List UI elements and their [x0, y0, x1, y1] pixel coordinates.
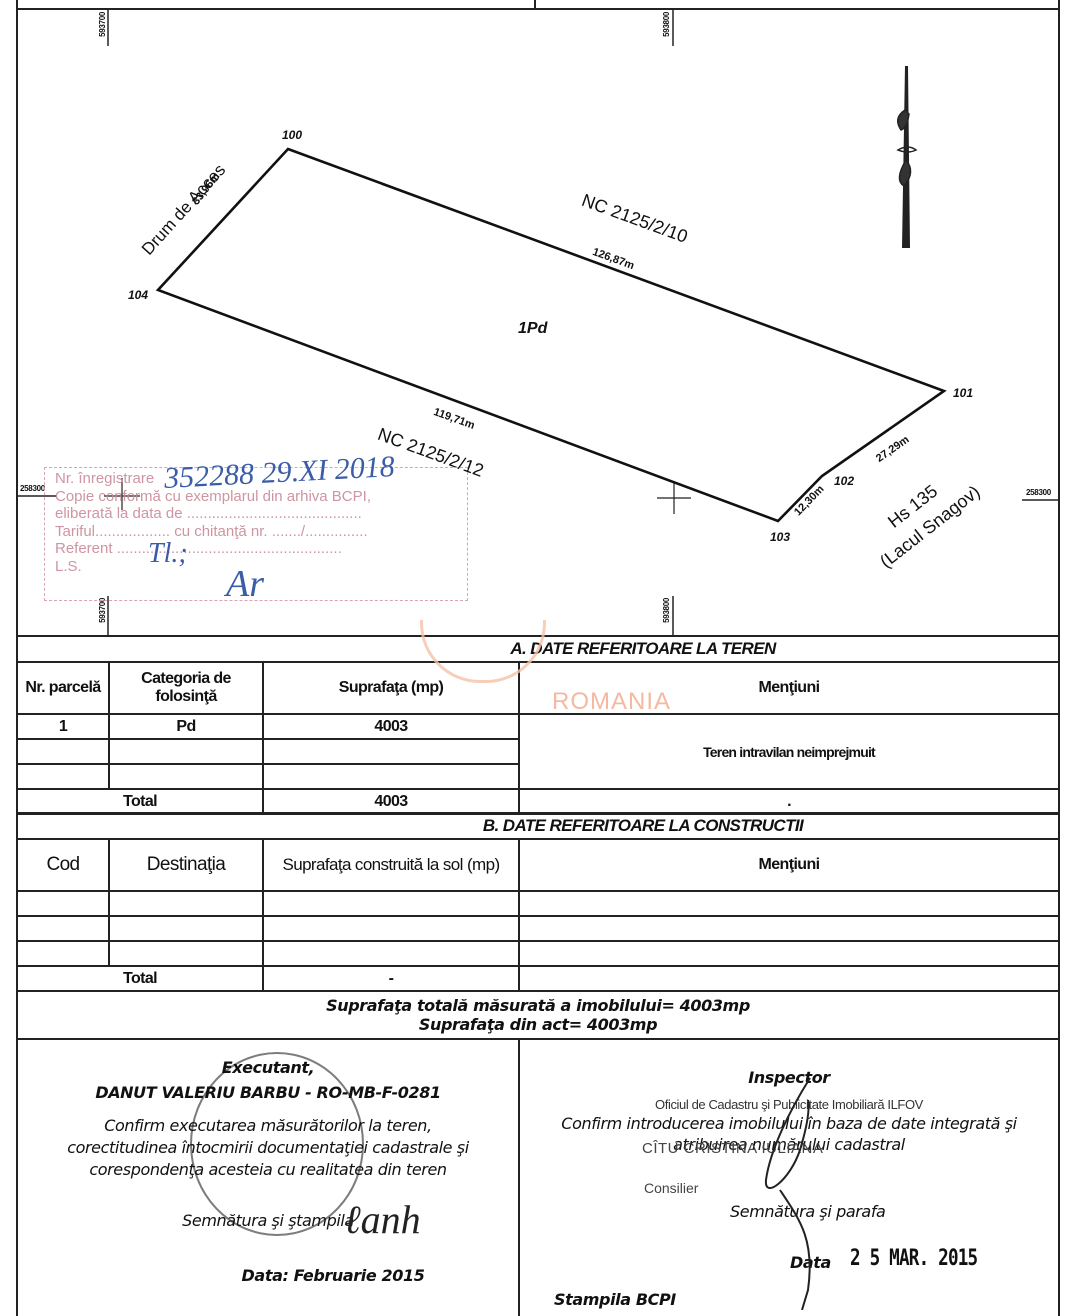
- point-label-102: 102: [834, 474, 854, 488]
- total-row: Total 4003 .: [17, 789, 1059, 814]
- stamp-line-referent: Referent ...............................…: [55, 540, 457, 558]
- cell-destination: [109, 916, 263, 941]
- cell-mentions: [519, 941, 1059, 966]
- cell-parcel-nr: [17, 739, 109, 764]
- total-row: Total -: [17, 966, 1059, 991]
- executant-block: Executant, DANUT VALERIU BARBU - RO-MB-F…: [18, 1058, 518, 1285]
- grid-label-x-top-right: 593800: [662, 12, 671, 37]
- cell-mentions: [519, 916, 1059, 941]
- cell-code: [17, 941, 109, 966]
- inspector-date-value: 2 5 MAR. 2015: [850, 1246, 977, 1271]
- total-label: Total: [17, 789, 263, 814]
- cell-mentions: [519, 891, 1059, 916]
- executant-signature-label: Semnătura şi ştampila: [18, 1211, 518, 1230]
- cell-built-area: [263, 916, 519, 941]
- inspector-signature: [750, 1070, 840, 1310]
- cell-use-category: Pd: [109, 714, 263, 739]
- cell-destination: [109, 941, 263, 966]
- handwritten-initials: Tl.;: [148, 538, 188, 570]
- cell-area: [263, 764, 519, 789]
- watermark-text: ROMANIA: [552, 688, 671, 716]
- stamp-line-date: eliberată la data de ...................…: [55, 505, 457, 523]
- cell-destination: [109, 891, 263, 916]
- executant-confirm-2: corectitudinea întocmirii documentaţiei …: [18, 1138, 518, 1157]
- header-code: Cod: [17, 839, 109, 891]
- header-destination: Destinaţia: [109, 839, 263, 891]
- table-row: [17, 916, 1059, 941]
- grid-label-y-right: 258300: [1026, 488, 1051, 497]
- total-mentions: .: [519, 789, 1059, 814]
- point-label-101: 101: [953, 386, 973, 400]
- stamp-line-fee: Tariful.................. cu chitanţă nr…: [55, 523, 457, 541]
- table-row: [17, 891, 1059, 916]
- point-label-104: 104: [128, 288, 148, 302]
- cell-built-area: [263, 891, 519, 916]
- total-built-area: -: [263, 966, 519, 991]
- cell-parcel-nr: [17, 764, 109, 789]
- grid-label-y-left: 258300: [20, 484, 45, 493]
- table-row: 1 Pd 4003 Teren intravilan neimprejmuit: [17, 714, 1059, 739]
- header-use-category: Categoria de folosinţă: [109, 662, 263, 714]
- total-area: 4003: [263, 789, 519, 814]
- executant-confirm-3: corespondenţa acesteia cu realitatea din…: [18, 1160, 518, 1179]
- cell-mentions: Teren intravilan neimprejmuit: [519, 714, 1059, 789]
- executant-name: DANUT VALERIU BARBU - RO-MB-F-0281: [18, 1083, 518, 1102]
- executant-date: Data: Februarie 2015: [18, 1266, 518, 1285]
- grid-label-x-top-left: 593700: [98, 12, 107, 37]
- executant-title: Executant,: [18, 1058, 518, 1077]
- header-built-area: Suprafaţa construită la sol (mp): [263, 839, 519, 891]
- bcpi-stamp-label: Stampila BCPI: [554, 1290, 676, 1309]
- cell-built-area: [263, 941, 519, 966]
- total-measured-area: Suprafaţa totală măsurată a imobilului= …: [16, 996, 1060, 1015]
- point-label-100: 100: [282, 128, 302, 142]
- table-row: [17, 941, 1059, 966]
- header-parcel-nr: Nr. parcelă: [17, 662, 109, 714]
- total-mentions: [519, 966, 1059, 991]
- cell-parcel-nr: 1: [17, 714, 109, 739]
- cell-use-category: [109, 739, 263, 764]
- cell-code: [17, 916, 109, 941]
- cell-use-category: [109, 764, 263, 789]
- north-arrow-icon: [898, 66, 916, 248]
- cell-code: [17, 891, 109, 916]
- executant-confirm-1: Confirm executarea măsurătorilor la tere…: [18, 1116, 518, 1135]
- total-label: Total: [17, 966, 263, 991]
- section-b-title: B. DATE REFERITOARE LA CONSTRUCTII: [17, 813, 1059, 839]
- area-summary: Suprafaţa totală măsurată a imobilului= …: [16, 990, 1060, 1040]
- inspector-role: Consilier: [644, 1180, 698, 1196]
- grid-label-x-bottom-left: 593700: [98, 598, 107, 623]
- construction-data-table: B. DATE REFERITOARE LA CONSTRUCTII Cod D…: [16, 812, 1060, 992]
- executant-signature: ℓanh: [344, 1196, 421, 1243]
- cell-area: [263, 739, 519, 764]
- point-label-103: 103: [770, 530, 790, 544]
- cell-area: 4003: [263, 714, 519, 739]
- handwritten-signature-stamp: Ar: [226, 562, 264, 606]
- grid-label-x-bottom-right: 593800: [662, 598, 671, 623]
- parcel-label: 1Pd: [518, 320, 547, 338]
- header-mentions: Menţiuni: [519, 839, 1059, 891]
- land-data-table: A. DATE REFERITOARE LA TEREN Nr. parcelă…: [16, 635, 1060, 815]
- act-area: Suprafaţa din act= 4003mp: [16, 1015, 1060, 1034]
